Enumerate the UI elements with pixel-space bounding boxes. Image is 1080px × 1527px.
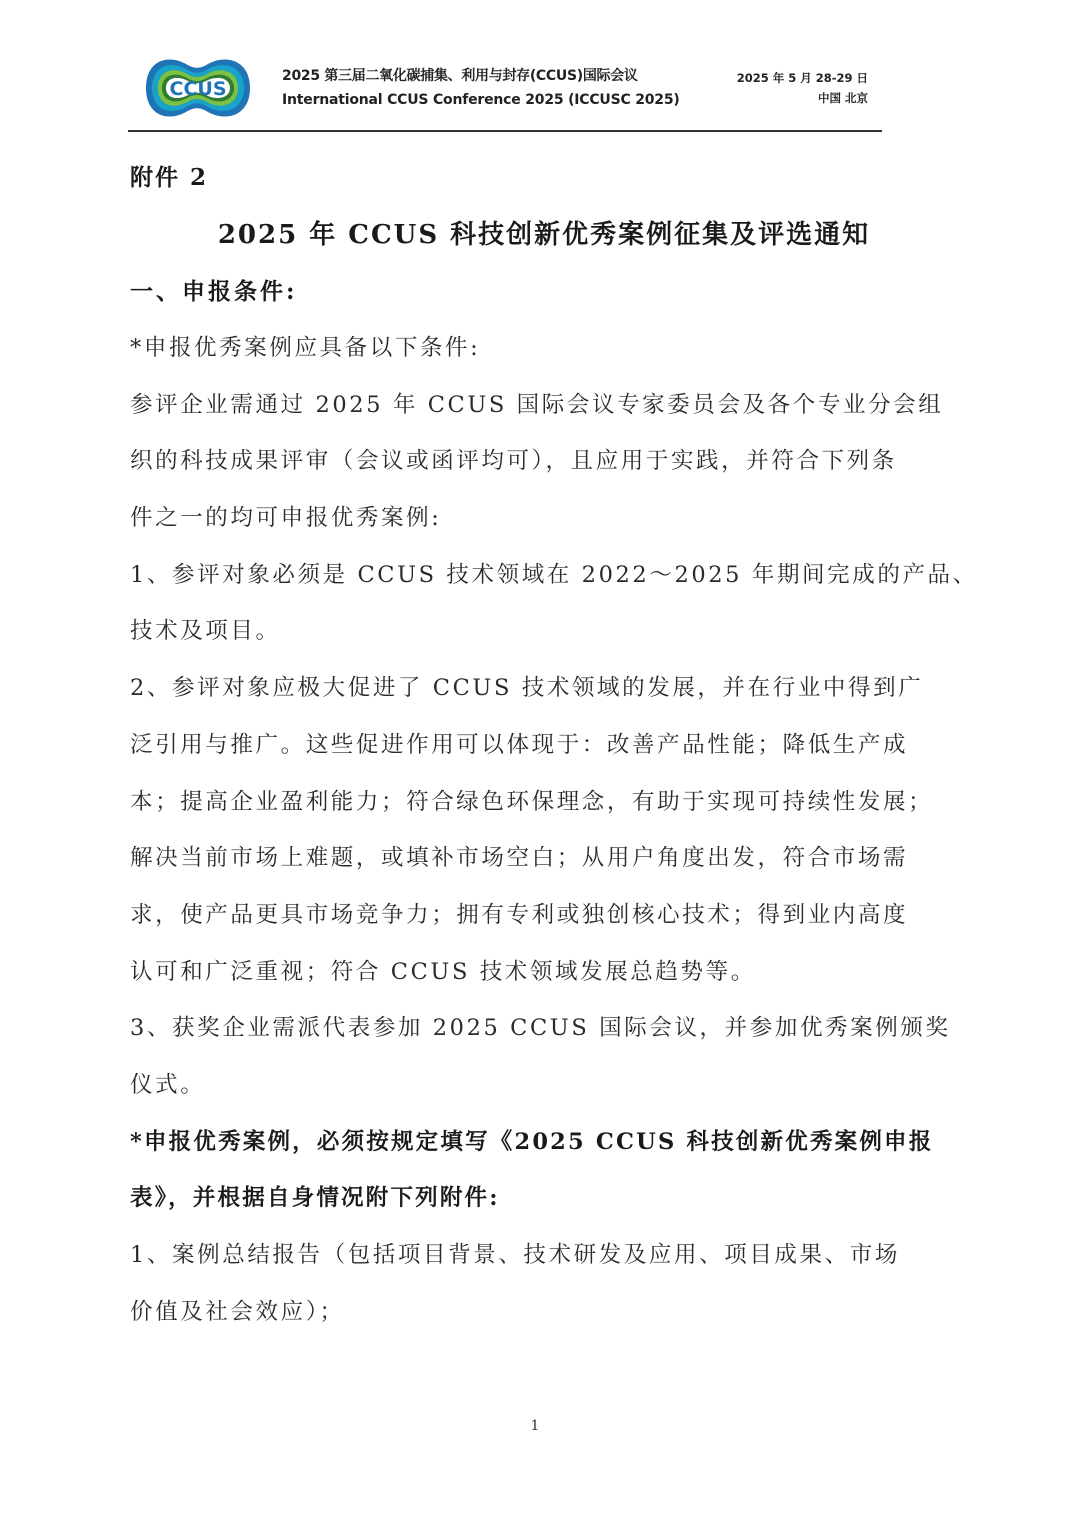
page-number: 1 [0,1418,1070,1434]
text-line: 解决当前市场上难题，或填补市场空白；从用户角度出发，符合市场需 [130,830,950,887]
header-divider [128,130,882,132]
conference-meta: 2025 年 5 月 28-29 日 中国 北京 [737,68,868,108]
application-note: *申报优秀案例，必须按规定填写《2025 CCUS 科技创新优秀案例申报 表》，… [130,1114,950,1227]
criterion-1: 1、参评对象必须是 CCUS 技术领域在 2022～2025 年期间完成的产品、… [130,547,950,660]
text-line: 3、获奖企业需派代表参加 2025 CCUS 国际会议，并参加优秀案例颁奖 [130,1000,950,1057]
text-line: 仪式。 [130,1057,950,1114]
conference-header: CCUS 2025 第三届二氧化碳捕集、利用与封存(CCUS)国际会议 Inte… [128,48,882,132]
text-line: *申报优秀案例，必须按规定填写《2025 CCUS 科技创新优秀案例申报 [130,1114,950,1171]
conference-date: 2025 年 5 月 28-29 日 [737,68,868,88]
conference-titles: 2025 第三届二氧化碳捕集、利用与封存(CCUS)国际会议 Internati… [282,66,680,110]
text-line: 1、参评对象必须是 CCUS 技术领域在 2022～2025 年期间完成的产品、 [130,547,950,604]
document-title: 2025 年 CCUS 科技创新优秀案例征集及评选通知 [130,206,950,264]
text-line: 2、参评对象应极大促进了 CCUS 技术领域的发展，并在行业中得到广 [130,660,950,717]
text-line: 本；提高企业盈利能力；符合绿色环保理念，有助于实现可持续性发展； [130,774,950,831]
attachment-item-1: 1、案例总结报告（包括项目背景、技术研发及应用、项目成果、市场 价值及社会效应）… [130,1227,950,1340]
conference-title-cn: 2025 第三届二氧化碳捕集、利用与封存(CCUS)国际会议 [282,66,680,86]
ccus-logo-icon: CCUS [138,50,256,126]
eligibility-paragraph: 参评企业需通过 2025 年 CCUS 国际会议专家委员会及各个专业分会组 织的… [130,377,950,547]
section-heading-conditions: 一、申报条件: [130,264,950,320]
text-line: 泛引用与推广。这些促进作用可以体现于：改善产品性能；降低生产成 [130,717,950,774]
text-line: 认可和广泛重视；符合 CCUS 技术领域发展总趋势等。 [130,944,950,1001]
criterion-2: 2、参评对象应极大促进了 CCUS 技术领域的发展，并在行业中得到广 泛引用与推… [130,660,950,1000]
text-line: 件之一的均可申报优秀案例: [130,490,950,547]
text-line: 织的科技成果评审（会议或函评均可），且应用于实践，并符合下列条 [130,433,950,490]
text-line: 价值及社会效应）； [130,1284,950,1341]
criterion-3: 3、获奖企业需派代表参加 2025 CCUS 国际会议，并参加优秀案例颁奖 仪式… [130,1000,950,1113]
attachment-label: 附件 2 [130,150,950,206]
text-line: 1、案例总结报告（包括项目背景、技术研发及应用、项目成果、市场 [130,1227,950,1284]
text-line: 参评企业需通过 2025 年 CCUS 国际会议专家委员会及各个专业分会组 [130,377,950,434]
text-line: 求，使产品更具市场竞争力；拥有专利或独创核心技术；得到业内高度 [130,887,950,944]
text-line: 技术及项目。 [130,603,950,660]
conditions-intro: *申报优秀案例应具备以下条件: [130,320,950,377]
svg-text:CCUS: CCUS [170,78,227,100]
conference-title-en: International CCUS Conference 2025 (ICCU… [282,90,680,110]
document-body: 附件 2 2025 年 CCUS 科技创新优秀案例征集及评选通知 一、申报条件:… [130,150,950,1340]
text-line: 表》，并根据自身情况附下列附件: [130,1170,950,1227]
conference-location: 中国 北京 [737,88,868,108]
